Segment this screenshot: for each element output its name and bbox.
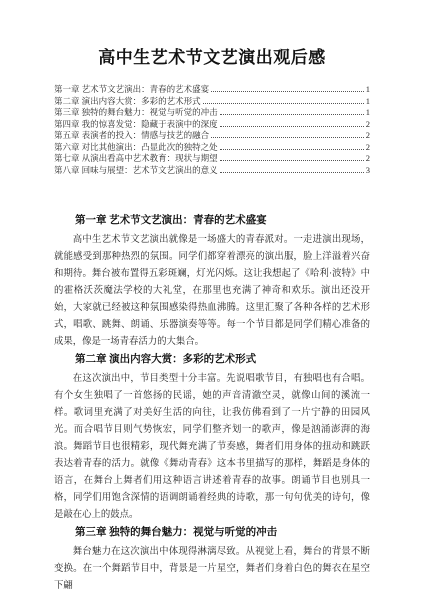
toc-entry-label: 第二章 演出内容大赏：多彩的艺术形式 [54, 96, 201, 108]
toc-entry-label: 第八章 回味与展望：艺术节文艺演出的意义 [54, 165, 218, 177]
chapter-heading: 第一章 艺术节文艺演出：青春的艺术盛宴 [54, 212, 370, 229]
chapter-body: 舞台魅力在这次演出中体现得淋漓尽致。从视觉上看，舞台的背景不断变换。在一个舞蹈节… [54, 544, 370, 595]
toc-entry[interactable]: 第一章 艺术节文艺演出：青春的艺术盛宴 1 [54, 84, 370, 96]
toc-entry[interactable]: 第七章 从演出看高中艺术教育：现状与期望 2 [54, 153, 370, 165]
toc-entry-page: 1 [366, 96, 370, 108]
toc-entry-label: 第五章 表演者的投入：情感与技艺的融合 [54, 130, 209, 142]
toc-entry-label: 第六章 对比其他演出：凸显此次的独特之处 [54, 142, 218, 154]
toc-entry-page: 2 [366, 130, 370, 142]
toc-dot-leader [220, 160, 364, 161]
toc-dot-leader [211, 91, 364, 92]
chapter-heading: 第三章 独特的舞台魅力：视觉与听觉的冲击 [54, 524, 370, 541]
chapter-section-1: 第一章 艺术节文艺演出：青春的艺术盛宴 高中生艺术节文艺演出就像是一场盛大的青春… [54, 212, 370, 351]
document-page: 高中生艺术节文艺演出观后感 第一章 艺术节文艺演出：青春的艺术盛宴 1 第二章 … [0, 0, 424, 600]
toc-entry-page: 3 [366, 165, 370, 177]
document-title: 高中生艺术节文艺演出观后感 [54, 44, 370, 72]
chapter-heading: 第二章 演出内容大赏：多彩的艺术形式 [54, 351, 370, 368]
toc-entry[interactable]: 第五章 表演者的投入：情感与技艺的融合 2 [54, 130, 370, 142]
toc-entry-page: 2 [366, 153, 370, 165]
toc-entry[interactable]: 第三章 独特的舞台魅力：视觉与听觉的冲击 1 [54, 107, 370, 119]
chapter-body: 高中生艺术节文艺演出就像是一场盛大的青春派对。一走进演出现场，就能感受到那种热烈… [54, 232, 370, 351]
toc-dot-leader [220, 172, 364, 173]
toc-entry[interactable]: 第八章 回味与展望：艺术节文艺演出的意义 3 [54, 165, 370, 177]
toc-entry[interactable]: 第六章 对比其他演出：凸显此次的独特之处 2 [54, 142, 370, 154]
toc-dot-leader [211, 137, 364, 138]
toc-entry-page: 1 [366, 107, 370, 119]
toc-entry-label: 第三章 独特的舞台魅力：视觉与听觉的冲击 [54, 107, 218, 119]
toc-entry-page: 2 [366, 142, 370, 154]
toc-entry-page: 2 [366, 119, 370, 131]
chapter-section-2: 第二章 演出内容大赏：多彩的艺术形式 在这次演出中，节目类型十分丰富。先说唱歌节… [54, 351, 370, 524]
toc-dot-leader [203, 103, 364, 104]
toc-dot-leader [220, 149, 364, 150]
toc-entry[interactable]: 第二章 演出内容大赏：多彩的艺术形式 1 [54, 96, 370, 108]
toc-entry-label: 第七章 从演出看高中艺术教育：现状与期望 [54, 153, 218, 165]
chapter-section-3: 第三章 独特的舞台魅力：视觉与听觉的冲击 舞台魅力在这次演出中体现得淋漓尽致。从… [54, 524, 370, 595]
toc-entry-page: 1 [366, 84, 370, 96]
chapter-body: 在这次演出中，节目类型十分丰富。先说唱歌节目，有独唱也有合唱。有个女生独唱了一首… [54, 371, 370, 524]
toc-entry[interactable]: 第四章 我的惊喜发觉：隐藏于表演中的深度 2 [54, 119, 370, 131]
toc-entry-label: 第四章 我的惊喜发觉：隐藏于表演中的深度 [54, 119, 218, 131]
toc-entry-label: 第一章 艺术节文艺演出：青春的艺术盛宴 [54, 84, 209, 96]
table-of-contents: 第一章 艺术节文艺演出：青春的艺术盛宴 1 第二章 演出内容大赏：多彩的艺术形式… [54, 84, 370, 176]
toc-dot-leader [220, 114, 364, 115]
toc-dot-leader [220, 126, 364, 127]
